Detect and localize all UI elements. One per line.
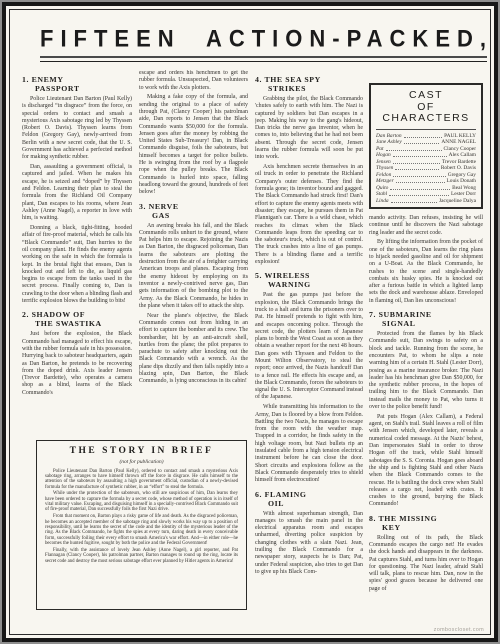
body-paragraph: Pat puts Hogan (Alex Callam), a Federal …	[369, 414, 483, 509]
column-4: CASTOFCHARACTERS Dan BartonPAUL KELLYJan…	[369, 70, 483, 624]
cast-leader	[386, 150, 442, 151]
section-heading: 1. ENEMYPASSPORT	[22, 75, 132, 93]
section-heading-line: 1. ENEMY	[22, 75, 132, 84]
body-paragraph: Making a fake copy of the formula, and s…	[139, 94, 248, 196]
story-text: Police Lieutenant Dan Barton (Paul Kelly…	[45, 469, 238, 564]
section-heading-line: 5. WIRELESS	[255, 271, 363, 280]
story-paragraph: Finally, with the assistance of lovely J…	[45, 548, 238, 564]
section-heading-line: OIL	[255, 499, 363, 508]
cast-title-line: CAST	[376, 90, 476, 102]
section-heading: 7. SUBMARINESIGNAL	[369, 310, 483, 328]
body-paragraph: escape and orders his henchmen to get th…	[139, 70, 248, 92]
watermark: zomboscloset.com	[434, 627, 484, 633]
story-box: THE STORY IN BRIEF (not for publication)…	[36, 440, 247, 610]
section-heading-line: 4. THE SEA SPY	[255, 75, 363, 84]
section-heading-line: 8. THE MISSING	[369, 514, 483, 523]
section-heading-line: KEY	[369, 523, 483, 532]
body-paragraph: Police Lieutenant Dan Barton (Paul Kelly…	[22, 96, 132, 162]
body-paragraph: By lifting the information from the pock…	[369, 239, 483, 305]
body-paragraph: With almost superhuman strength, Dan man…	[255, 511, 363, 577]
column-1: 1. ENEMYPASSPORTPolice Lieutenant Dan Ba…	[22, 70, 132, 434]
section-heading-line: PASSPORT	[22, 84, 132, 93]
section-heading-line: 6. FLAMING	[255, 490, 363, 499]
page-title: FIFTEEN ACTION-PACKED,	[40, 25, 488, 53]
cast-leader	[389, 195, 449, 196]
column-3: 4. THE SEA SPYSTRIKESGrabbing the pilot,…	[255, 70, 363, 624]
section-heading-line: 7. SUBMARINE	[369, 310, 483, 319]
column-2: escape and orders his henchmen to get th…	[139, 70, 248, 439]
body-paragraph: Rolling out of its path, the Black Comma…	[369, 535, 483, 593]
cast-leader	[404, 137, 443, 138]
section-heading-line: SIGNAL	[369, 319, 483, 328]
section-heading: 5. WIRELESSWARNING	[255, 271, 363, 289]
section-heading: 8. THE MISSINGKEY	[369, 514, 483, 532]
column-2-text: escape and orders his henchmen to get th…	[139, 70, 248, 386]
body-paragraph: Past the gas pumps just before the explo…	[255, 292, 363, 401]
cast-leader	[396, 182, 445, 183]
cast-leader	[391, 202, 437, 203]
story-subtitle: (not for publication)	[45, 459, 238, 465]
cast-leader	[393, 163, 440, 164]
body-paragraph: While transmitting his information to th…	[255, 404, 363, 484]
section-heading-line: THE SWASTIKA	[22, 319, 132, 328]
body-paragraph: Donning a black, tight-fitting, hooded a…	[22, 225, 132, 305]
body-paragraph: Protected from the flames by his Black C…	[369, 331, 483, 411]
cast-role: Linda	[376, 198, 389, 205]
section-heading-line: WARNING	[255, 280, 363, 289]
body-paragraph: Near the plane's objective, the Black Co…	[139, 313, 248, 386]
cast-actor: Jacqueline Dalya	[439, 198, 476, 205]
section-heading-line: 3. NERVE	[139, 202, 248, 211]
body-paragraph: Axis henchmen secrete themselves in an o…	[255, 164, 363, 266]
section-heading-line: 2. SHADOW OF	[22, 310, 132, 319]
cast-leader	[390, 189, 450, 190]
title-rule	[40, 56, 487, 62]
story-paragraph: While under the protection of the sabote…	[45, 491, 238, 512]
cast-box: CASTOFCHARACTERS Dan BartonPAUL KELLYJan…	[369, 83, 483, 209]
cast-leader	[393, 156, 447, 157]
cast-leader	[393, 176, 445, 177]
column-4-text: mando activity. Dan refuses, insisting h…	[369, 215, 483, 593]
story-title: THE STORY IN BRIEF	[45, 446, 238, 456]
section-heading-line: STRIKES	[255, 84, 363, 93]
cast-list: Dan BartonPAUL KELLYJane AshleyANNE NAGE…	[376, 133, 476, 205]
cast-entry: LindaJacqueline Dalya	[376, 198, 476, 205]
section-heading: 2. SHADOW OFTHE SWASTIKA	[22, 310, 132, 328]
column-3-text: 4. THE SEA SPYSTRIKESGrabbing the pilot,…	[255, 75, 363, 576]
section-heading: 4. THE SEA SPYSTRIKES	[255, 75, 363, 93]
body-paragraph: Just before the explosion, the Black Com…	[22, 331, 132, 397]
column-1-text: 1. ENEMYPASSPORTPolice Lieutenant Dan Ba…	[22, 75, 132, 397]
story-paragraph: Police Lieutenant Dan Barton (Paul Kelly…	[45, 469, 238, 490]
section-heading: 3. NERVEGAS	[139, 202, 248, 220]
cast-leader	[404, 143, 440, 144]
body-paragraph: Dan, assaulting a government official, i…	[22, 164, 132, 222]
cast-leader	[395, 169, 438, 170]
section-heading-line: GAS	[139, 211, 248, 220]
body-paragraph: Grabbing the pilot, the Black Commando '…	[255, 96, 363, 162]
body-paragraph: An awning breaks his fall, and the Black…	[139, 223, 248, 311]
cast-title: CASTOFCHARACTERS	[376, 90, 476, 130]
section-heading: 6. FLAMINGOIL	[255, 490, 363, 508]
cast-title-line: CHARACTERS	[376, 113, 476, 125]
story-paragraph: From that moment on, Barton plays a risk…	[45, 514, 238, 546]
body-paragraph: mando activity. Dan refuses, insisting h…	[369, 215, 483, 237]
